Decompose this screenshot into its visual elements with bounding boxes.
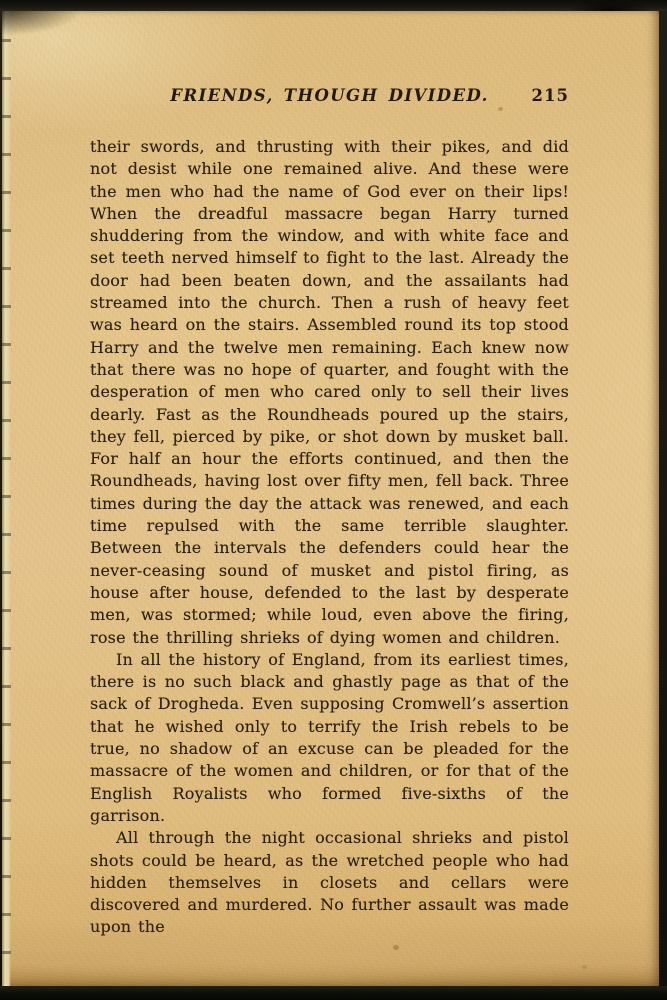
screenshot-root: { "header": { "title": "FRIENDS, THOUGH … bbox=[0, 0, 667, 1000]
paragraph: All through the night occasional shrieks… bbox=[90, 827, 569, 938]
page-fore-edge-left bbox=[2, 10, 11, 988]
foxing-speck bbox=[393, 945, 399, 950]
running-title: FRIENDS, THOUGH DIVIDED. bbox=[170, 86, 488, 105]
paragraph: In all the history of England, from its … bbox=[90, 649, 569, 827]
body-text: their swords, and thrusting with their p… bbox=[90, 136, 569, 939]
paragraph: their swords, and thrusting with their p… bbox=[90, 136, 569, 649]
book-edge-top bbox=[0, 0, 667, 11]
page-content: FRIENDS, THOUGH DIVIDED. 215 their sword… bbox=[90, 86, 569, 939]
page-number: 215 bbox=[532, 86, 569, 105]
book-page: FRIENDS, THOUGH DIVIDED. 215 their sword… bbox=[2, 10, 659, 988]
book-scan: FRIENDS, THOUGH DIVIDED. 215 their sword… bbox=[0, 0, 667, 1000]
book-edge-bottom bbox=[0, 986, 667, 1000]
corner-shadow bbox=[2, 10, 82, 36]
foxing-speck bbox=[582, 965, 587, 969]
running-header: FRIENDS, THOUGH DIVIDED. 215 bbox=[90, 86, 569, 108]
